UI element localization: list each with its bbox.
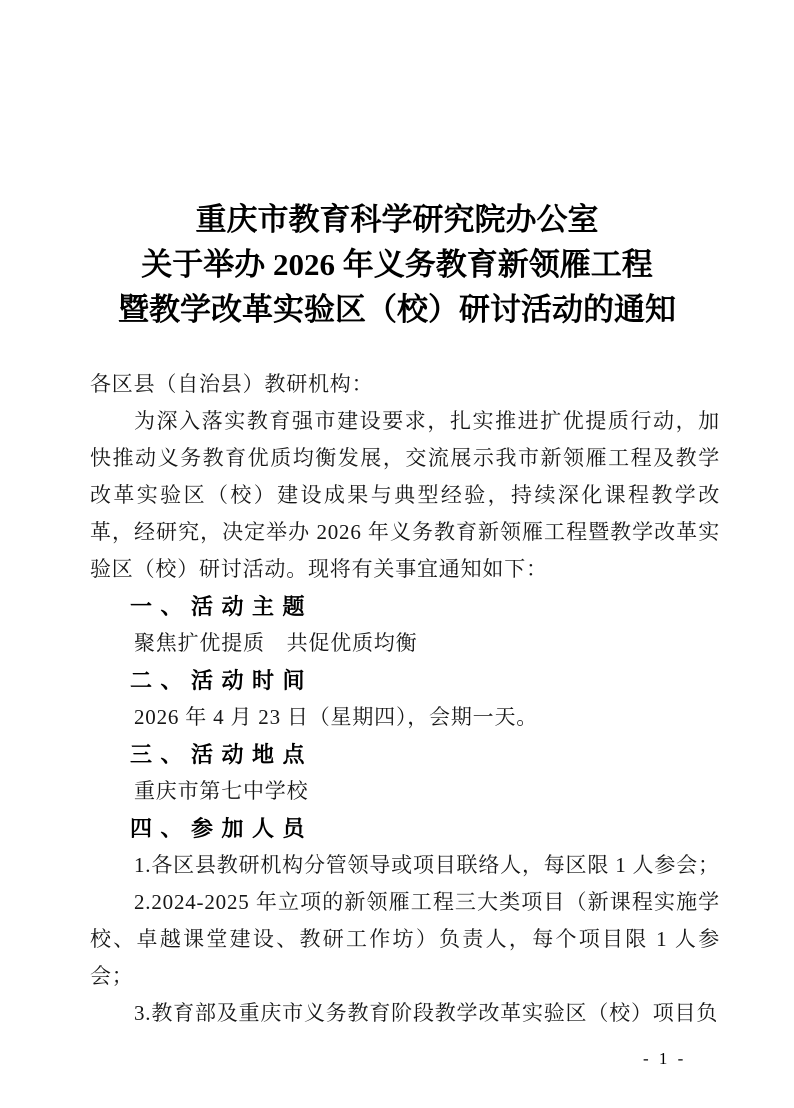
- section-3-body: 重庆市第七中学校: [90, 773, 720, 810]
- section-4-item-3: 3.教育部及重庆市义务教育阶段教学改革实验区（校）项目负: [90, 995, 720, 1032]
- document-title: 重庆市教育科学研究院办公室 关于举办 2026 年义务教育新领雁工程 暨教学改革…: [0, 197, 794, 332]
- document-body: 各区县（自治县）教研机构： 为深入落实教育强市建设要求，扎实推进扩优提质行动，加…: [90, 366, 720, 1032]
- section-4-item-2: 2.2024-2025 年立项的新领雁工程三大类项目（新课程实施学校、卓越课堂建…: [90, 884, 720, 995]
- salutation: 各区县（自治县）教研机构：: [90, 366, 720, 403]
- title-line-1: 重庆市教育科学研究院办公室: [0, 197, 794, 242]
- section-1-body: 聚焦扩优提质 共促优质均衡: [90, 625, 720, 662]
- title-line-2: 关于举办 2026 年义务教育新领雁工程: [0, 242, 794, 287]
- page-number: - 1 -: [643, 1049, 686, 1069]
- section-2-body: 2026 年 4 月 23 日（星期四），会期一天。: [90, 699, 720, 736]
- section-3-heading: 三、活动地点: [90, 736, 720, 773]
- title-line-3: 暨教学改革实验区（校）研讨活动的通知: [0, 287, 794, 332]
- section-2-heading: 二、活动时间: [90, 662, 720, 699]
- section-4-item-1: 1.各区县教研机构分管领导或项目联络人，每区限 1 人参会；: [90, 847, 720, 884]
- intro-paragraph: 为深入落实教育强市建设要求，扎实推进扩优提质行动，加快推动义务教育优质均衡发展，…: [90, 403, 720, 588]
- document-page: 重庆市教育科学研究院办公室 关于举办 2026 年义务教育新领雁工程 暨教学改革…: [0, 0, 794, 1108]
- section-1-heading: 一、活动主题: [90, 588, 720, 625]
- section-4-heading: 四、参加人员: [90, 810, 720, 847]
